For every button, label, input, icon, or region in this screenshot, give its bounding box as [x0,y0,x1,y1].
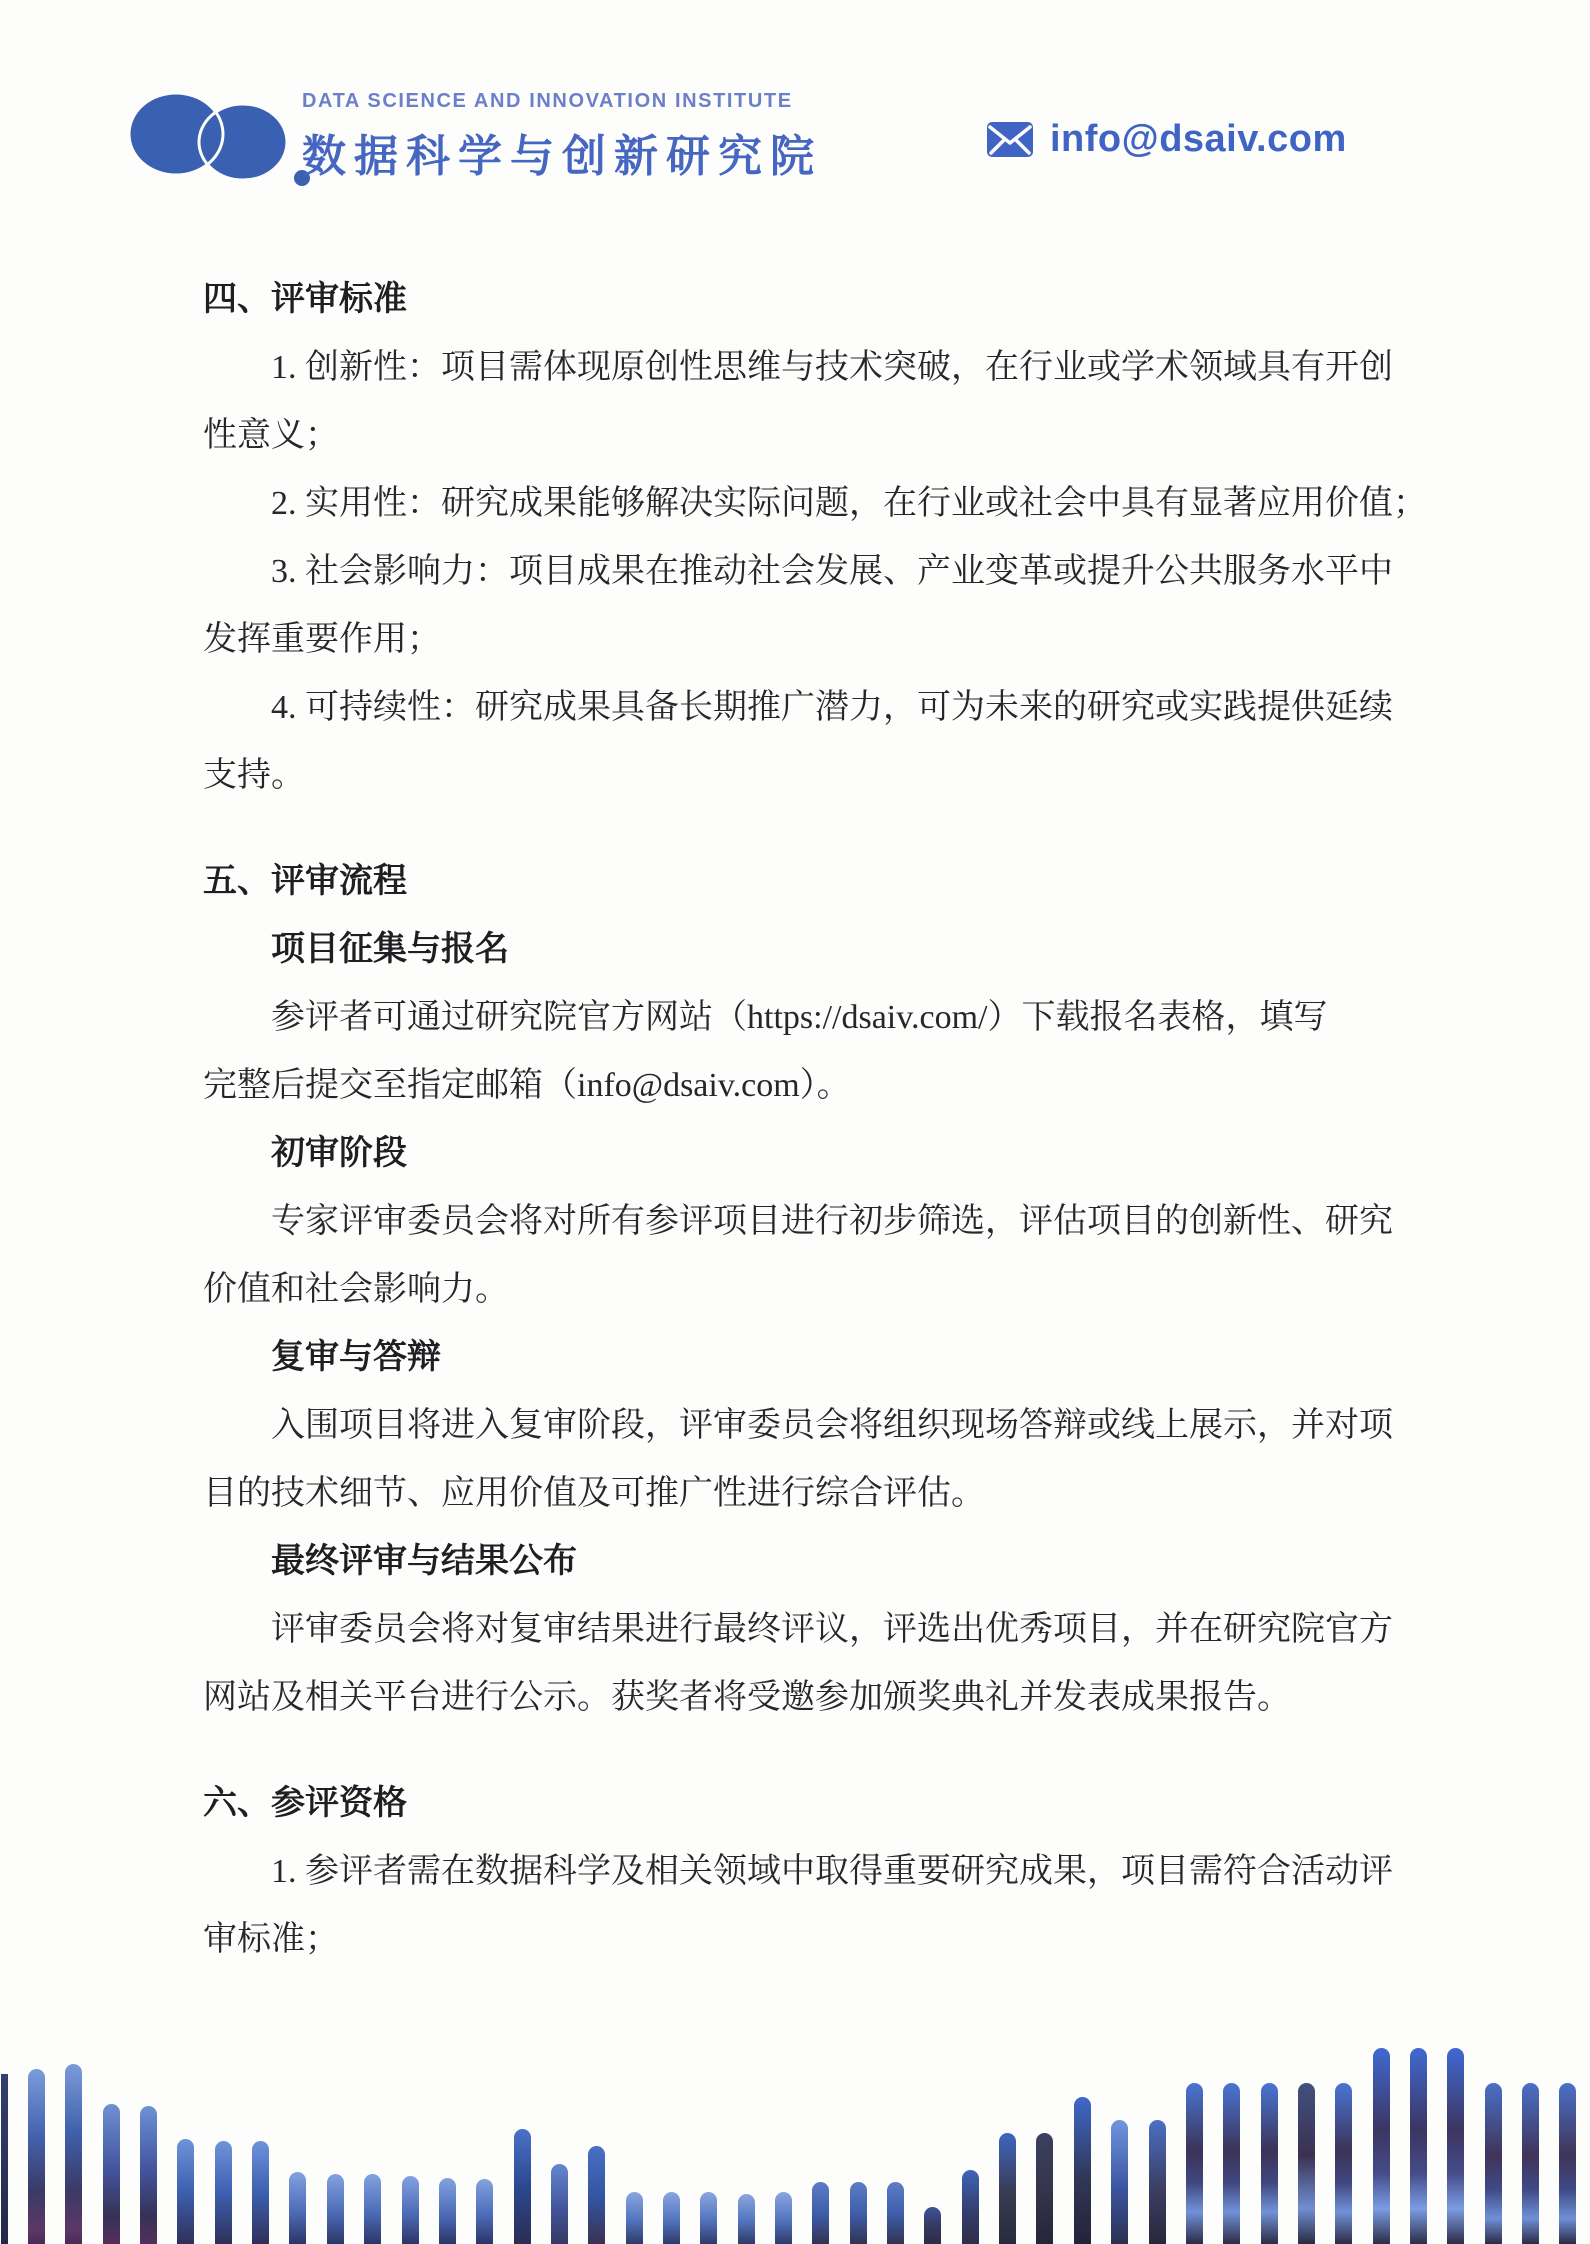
footer-bar [28,2069,45,2244]
footer-bar [626,2192,643,2244]
footer-bar [1410,2048,1427,2244]
decorative-bar-chart [0,2034,1590,2244]
institute-logo-icon [124,86,324,190]
footer-bar [850,2182,867,2244]
footer-bar [775,2192,792,2244]
footer-bar [1373,2048,1390,2244]
paragraph-line: 2. 实用性：研究成果能够解决实际问题，在行业或社会中具有显著应用价值； [203,470,1353,538]
footer-bar [588,2146,605,2244]
footer-bar [177,2139,194,2244]
footer-bar [663,2192,680,2244]
subsection-heading: 项目征集与报名 [203,916,1353,984]
footer-bar [1074,2097,1091,2244]
subsection-heading: 复审与答辩 [203,1324,1353,1392]
footer-bar [402,2176,419,2244]
paragraph-line: 发挥重要作用； [203,606,1353,674]
scanned-document-page: DATA SCIENCE AND INNOVATION INSTITUTE 数据… [0,0,1590,2244]
paragraph-line: 1. 创新性：项目需体现原创性思维与技术突破，在行业或学术领域具有开创 [203,334,1353,402]
paragraph-line: 入围项目将进入复审阶段，评审委员会将组织现场答辩或线上展示，并对项 [203,1392,1353,1460]
contact-email: info@dsaiv.com [986,118,1347,161]
footer-bar [1036,2133,1053,2244]
section-heading: 四、评审标准 [203,266,1353,334]
footer-bar [1111,2120,1128,2244]
footer-bar [1485,2083,1502,2244]
subsection-heading: 初审阶段 [203,1120,1353,1188]
footer-bar [1447,2048,1464,2244]
footer-bar [1522,2083,1539,2244]
section-eligibility: 六、参评资格 1. 参评者需在数据科学及相关领域中取得重要研究成果，项目需符合活… [203,1770,1353,1974]
footer-bar [364,2174,381,2244]
footer-bar [1559,2083,1576,2244]
footer-bar [514,2129,531,2244]
institute-name: DATA SCIENCE AND INNOVATION INSTITUTE 数据… [302,90,822,184]
section-review-process: 五、评审流程 项目征集与报名 参评者可通过研究院官方网站（https://dsa… [203,848,1353,1732]
footer-bar [327,2174,344,2244]
footer-bar [812,2182,829,2244]
paragraph-line: 性意义； [203,402,1353,470]
envelope-icon [986,121,1034,158]
paragraph-line: 审标准； [203,1906,1353,1974]
footer-bar [551,2164,568,2244]
paragraph-line: 专家评审委员会将对所有参评项目进行初步筛选，评估项目的创新性、研究 [203,1188,1353,1256]
footer-bar [700,2192,717,2244]
footer-bar [1261,2083,1278,2244]
paragraph-line: 网站及相关平台进行公示。获奖者将受邀参加颁奖典礼并发表成果报告。 [203,1664,1353,1732]
footer-bar [1149,2120,1166,2244]
paragraph-line: 支持。 [203,742,1353,810]
paragraph-line: 1. 参评者需在数据科学及相关领域中取得重要研究成果，项目需符合活动评 [203,1838,1353,1906]
paragraph-line: 完整后提交至指定邮箱（info@dsaiv.com）。 [203,1052,1353,1120]
paragraph-line: 评审委员会将对复审结果进行最终评议，评选出优秀项目，并在研究院官方 [203,1596,1353,1664]
footer-bar [1298,2083,1315,2244]
footer-bar [476,2179,493,2244]
footer-bar [924,2207,941,2244]
footer-bar [1186,2083,1203,2244]
section-heading: 六、参评资格 [203,1770,1353,1838]
footer-bar [140,2106,157,2244]
footer-bar [1,2074,8,2244]
document-body: 四、评审标准 1. 创新性：项目需体现原创性思维与技术突破，在行业或学术领域具有… [203,266,1353,1974]
institute-name-en: DATA SCIENCE AND INNOVATION INSTITUTE [302,90,822,113]
paragraph-line: 参评者可通过研究院官方网站（https://dsaiv.com/）下载报名表格，… [203,984,1353,1052]
institute-name-zh: 数据科学与创新研究院 [302,120,822,184]
footer-bar [103,2104,120,2244]
footer-bar [962,2170,979,2244]
footer-bar [289,2172,306,2244]
section-heading: 五、评审流程 [203,848,1353,916]
paragraph-line: 4. 可持续性：研究成果具备长期推广潜力，可为未来的研究或实践提供延续 [203,674,1353,742]
footer-bar [65,2064,82,2244]
footer-bar [1335,2083,1352,2244]
footer-bar [1223,2083,1240,2244]
footer-bar [252,2141,269,2244]
footer-bar [215,2141,232,2244]
paragraph-line: 目的技术细节、应用价值及可推广性进行综合评估。 [203,1460,1353,1528]
footer-bar [439,2178,456,2244]
email-address: info@dsaiv.com [1050,118,1347,161]
footer-bar [738,2194,755,2244]
section-review-criteria: 四、评审标准 1. 创新性：项目需体现原创性思维与技术突破，在行业或学术领域具有… [203,266,1353,810]
footer-bar [999,2133,1016,2244]
paragraph-line: 价值和社会影响力。 [203,1256,1353,1324]
paragraph-line: 3. 社会影响力：项目成果在推动社会发展、产业变革或提升公共服务水平中 [203,538,1353,606]
subsection-heading: 最终评审与结果公布 [203,1528,1353,1596]
footer-bar [887,2182,904,2244]
